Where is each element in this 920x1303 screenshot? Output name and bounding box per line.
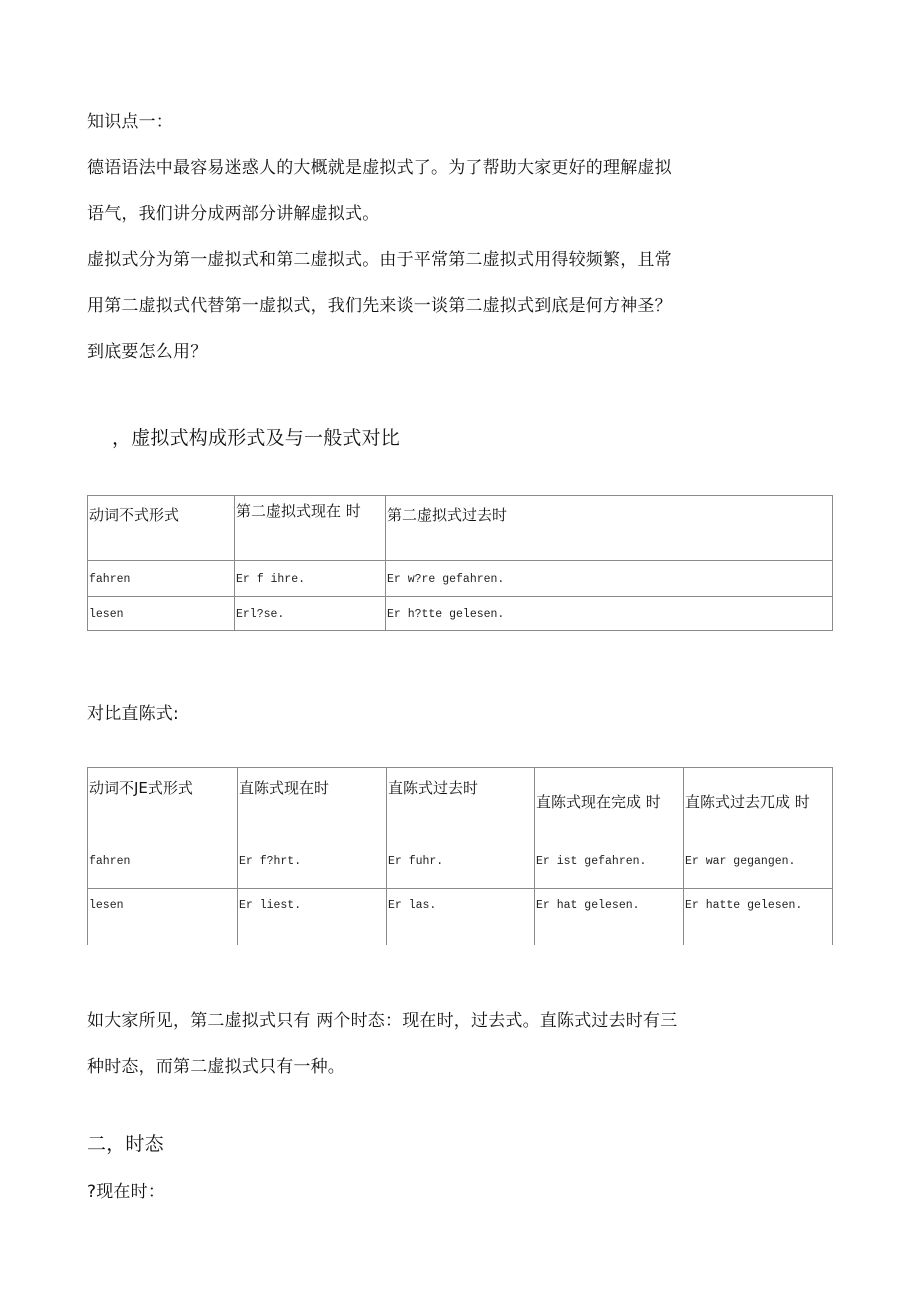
table-cell: fahren [89,855,130,868]
table-col-divider [386,767,387,945]
table-divider [87,888,833,889]
table-border-right [832,767,833,945]
table-header: 直陈式过去兀成 时 [685,793,810,811]
table-cell: Er war gegangen. [685,855,795,868]
table-header: 第二虚拟式过去时 [387,506,507,524]
table-cell: Er h?tte gelesen. [387,608,504,621]
table-cell: Er ist gefahren. [536,855,646,868]
table-cell: Er liest. [239,899,301,912]
table-cell: Er f ihre. [236,573,305,586]
intro-line-4: 用第二虚拟式代替第一虚拟式，我们先来谈一谈第二虚拟式到底是何方神圣？ [87,295,672,317]
compare-label: 对比直陈式: [87,703,179,725]
section-heading-1: ，虚拟式构成形式及与一般式对比 [112,427,400,449]
table-cell: Er fuhr. [388,855,443,868]
summary-line-1: 如大家所见，第二虚拟式只有 两个时态：现在时，过去式。直陈式过去时有三 [87,1010,677,1032]
summary-line-2: 种时态，而第二虚拟式只有一种。 [87,1056,345,1078]
table-cell: lesen [89,608,124,621]
table-cell: Er w?re gefahren. [387,573,504,586]
table-header: 动词不JE式形式 [89,779,193,797]
table-header: 直陈式过去时 [388,779,478,797]
intro-line-5: 到底要怎么用？ [87,341,207,363]
table-cell: Er hat gelesen. [536,899,640,912]
table-col-divider [385,495,386,631]
table-border-top [87,495,833,496]
table-border-right [832,495,833,631]
table-border-left [87,495,88,631]
intro-line-2: 语气，我们讲分成两部分讲解虚拟式。 [87,203,379,225]
section-label: 知识点一： [87,111,173,133]
table-cell: Erl?se. [236,608,284,621]
table-col-divider [237,767,238,945]
table-col-divider [534,767,535,945]
table-border-bottom [87,630,833,631]
table-border-top [87,767,833,768]
table-divider [87,560,833,561]
table-header: 直陈式现在时 [239,779,329,797]
section-heading-2: 二，时态 [87,1133,164,1155]
intro-line-1: 德语语法中最容易迷惑人的大概就是虚拟式了。为了帮助大家更好的理解虚拟 [87,157,672,179]
table-divider [87,596,833,597]
intro-line-3: 虚拟式分为第一虚拟式和第二虚拟式。由于平常第二虚拟式用得较频繁，且常 [87,249,672,271]
sub-label: ?现在时： [87,1181,165,1203]
table-header: 直陈式现在完成 时 [536,793,661,811]
table-col-divider [683,767,684,945]
table-border-left [87,767,88,945]
table-cell: Er f?hrt. [239,855,301,868]
table-cell: Er las. [388,899,436,912]
table-col-divider [234,495,235,631]
table-cell: fahren [89,573,130,586]
table-header: 第二虚拟式现在 时 [236,502,361,520]
table-cell: lesen [89,899,124,912]
table-cell: Er hatte gelesen. [685,899,802,912]
table-header: 动词不式形式 [89,506,179,524]
